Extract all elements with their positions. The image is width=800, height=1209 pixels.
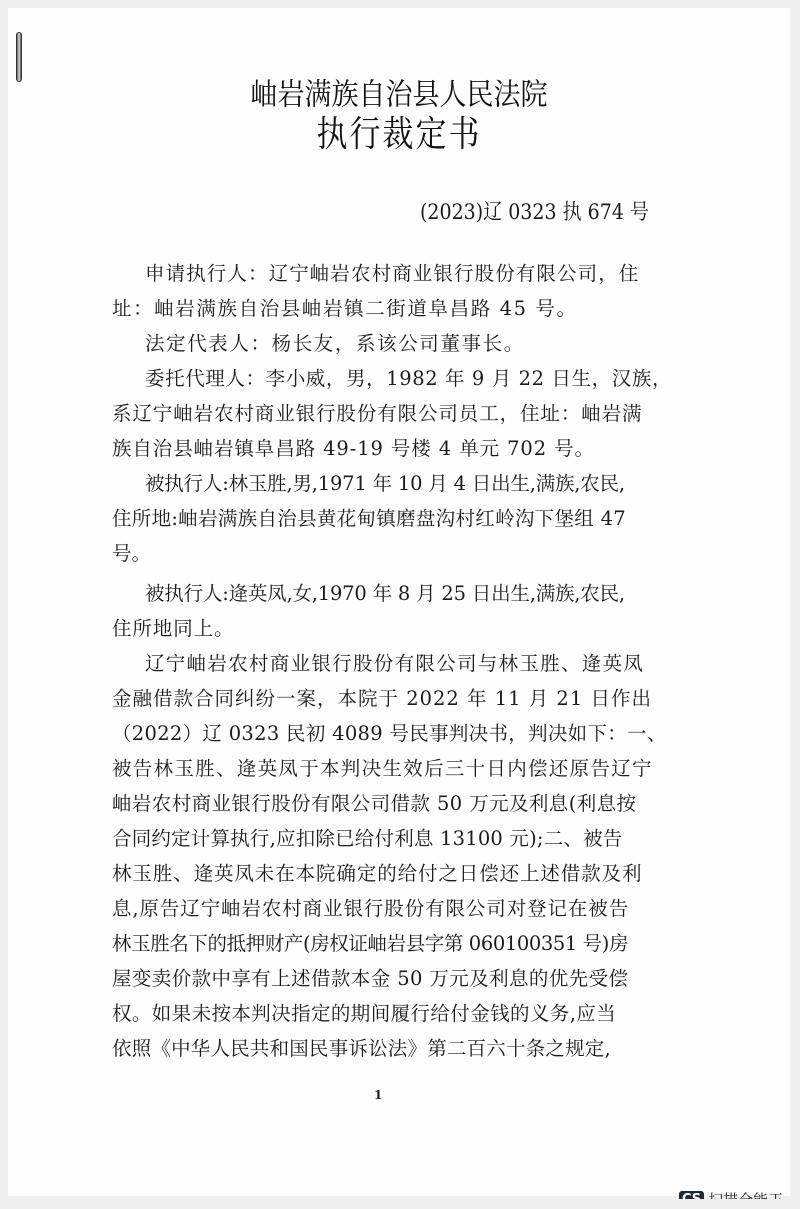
document-page: 岫岩满族自治县人民法院 执行裁定书 (2023)辽 0323 执 674 号 申… [8,8,790,1196]
text-line: 被执行人:林玉胜,男,1971 年 10 月 4 日出生,满族,农民, [145,473,625,495]
text-line: 林玉胜名下的抵押财产(房权证岫岩县字第 060100351 号)房 [112,933,628,955]
text-line: 族自治县岫岩镇阜昌路 49-19 号楼 4 单元 702 号。 [112,438,595,460]
text-line: 系辽宁岫岩农村商业银行股份有限公司员工，住址：岫岩满 [112,403,642,425]
text-line: 屋变卖价款中享有上述借款本金 50 万元及利息的优先受偿 [112,968,628,990]
text-line: 被告林玉胜、逄英凤于本判决生效后三十日内偿还原告辽宁 [112,758,653,780]
text-line: 申请执行人：辽宁岫岩农村商业银行股份有限公司，住 [145,263,639,285]
text-line: 息,原告辽宁岫岩农村商业银行股份有限公司对登记在被告 [112,898,629,920]
text-line: 岫岩农村商业银行股份有限公司借款 50 万元及利息(利息按 [112,793,636,815]
page-number: 1 [374,1088,382,1102]
case-number: (2023)辽 0323 执 674 号 [420,195,649,226]
text-line: 林玉胜、逄英凤未在本院确定的给付之日偿还上述借款及利 [112,863,642,885]
text-line: 号。 [112,543,151,565]
text-line: 委托代理人：李小威，男，1982 年 9 月 22 日生，汉族， [145,368,672,390]
text-line: 辽宁岫岩农村商业银行股份有限公司与林玉胜、逄英凤 [145,653,644,675]
text-line: 依照《中华人民共和国民事诉讼法》第二百六十条之规定, [112,1038,611,1060]
bottom-margin [0,1199,800,1209]
text-line: 住所地同上。 [112,618,234,640]
text-line: （2022）辽 0323 民初 4089 号民事判决书，判决如下：一、 [112,723,667,745]
text-line: 金融借款合同纠纷一案，本院于 2022 年 11 月 21 日作出 [112,688,652,710]
text-line: 权。如果未按本判决指定的期间履行给付金钱的义务,应当 [112,1003,616,1025]
document-title: 执行裁定书 [8,105,790,157]
text-line: 合同约定计算执行,应扣除已给付利息 13100 元);二、被告 [112,828,623,850]
text-line: 住所地:岫岩满族自治县黄花甸镇磨盘沟村红岭沟下堡组 47 [112,508,626,530]
text-line: 址：岫岩满族自治县岫岩镇二街道阜昌路 45 号。 [112,298,578,320]
text-line: 被执行人:逄英凤,女,1970 年 8 月 25 日出生,满族,农民, [145,583,625,605]
text-line: 法定代表人：杨长友，系该公司董事长。 [145,333,525,355]
